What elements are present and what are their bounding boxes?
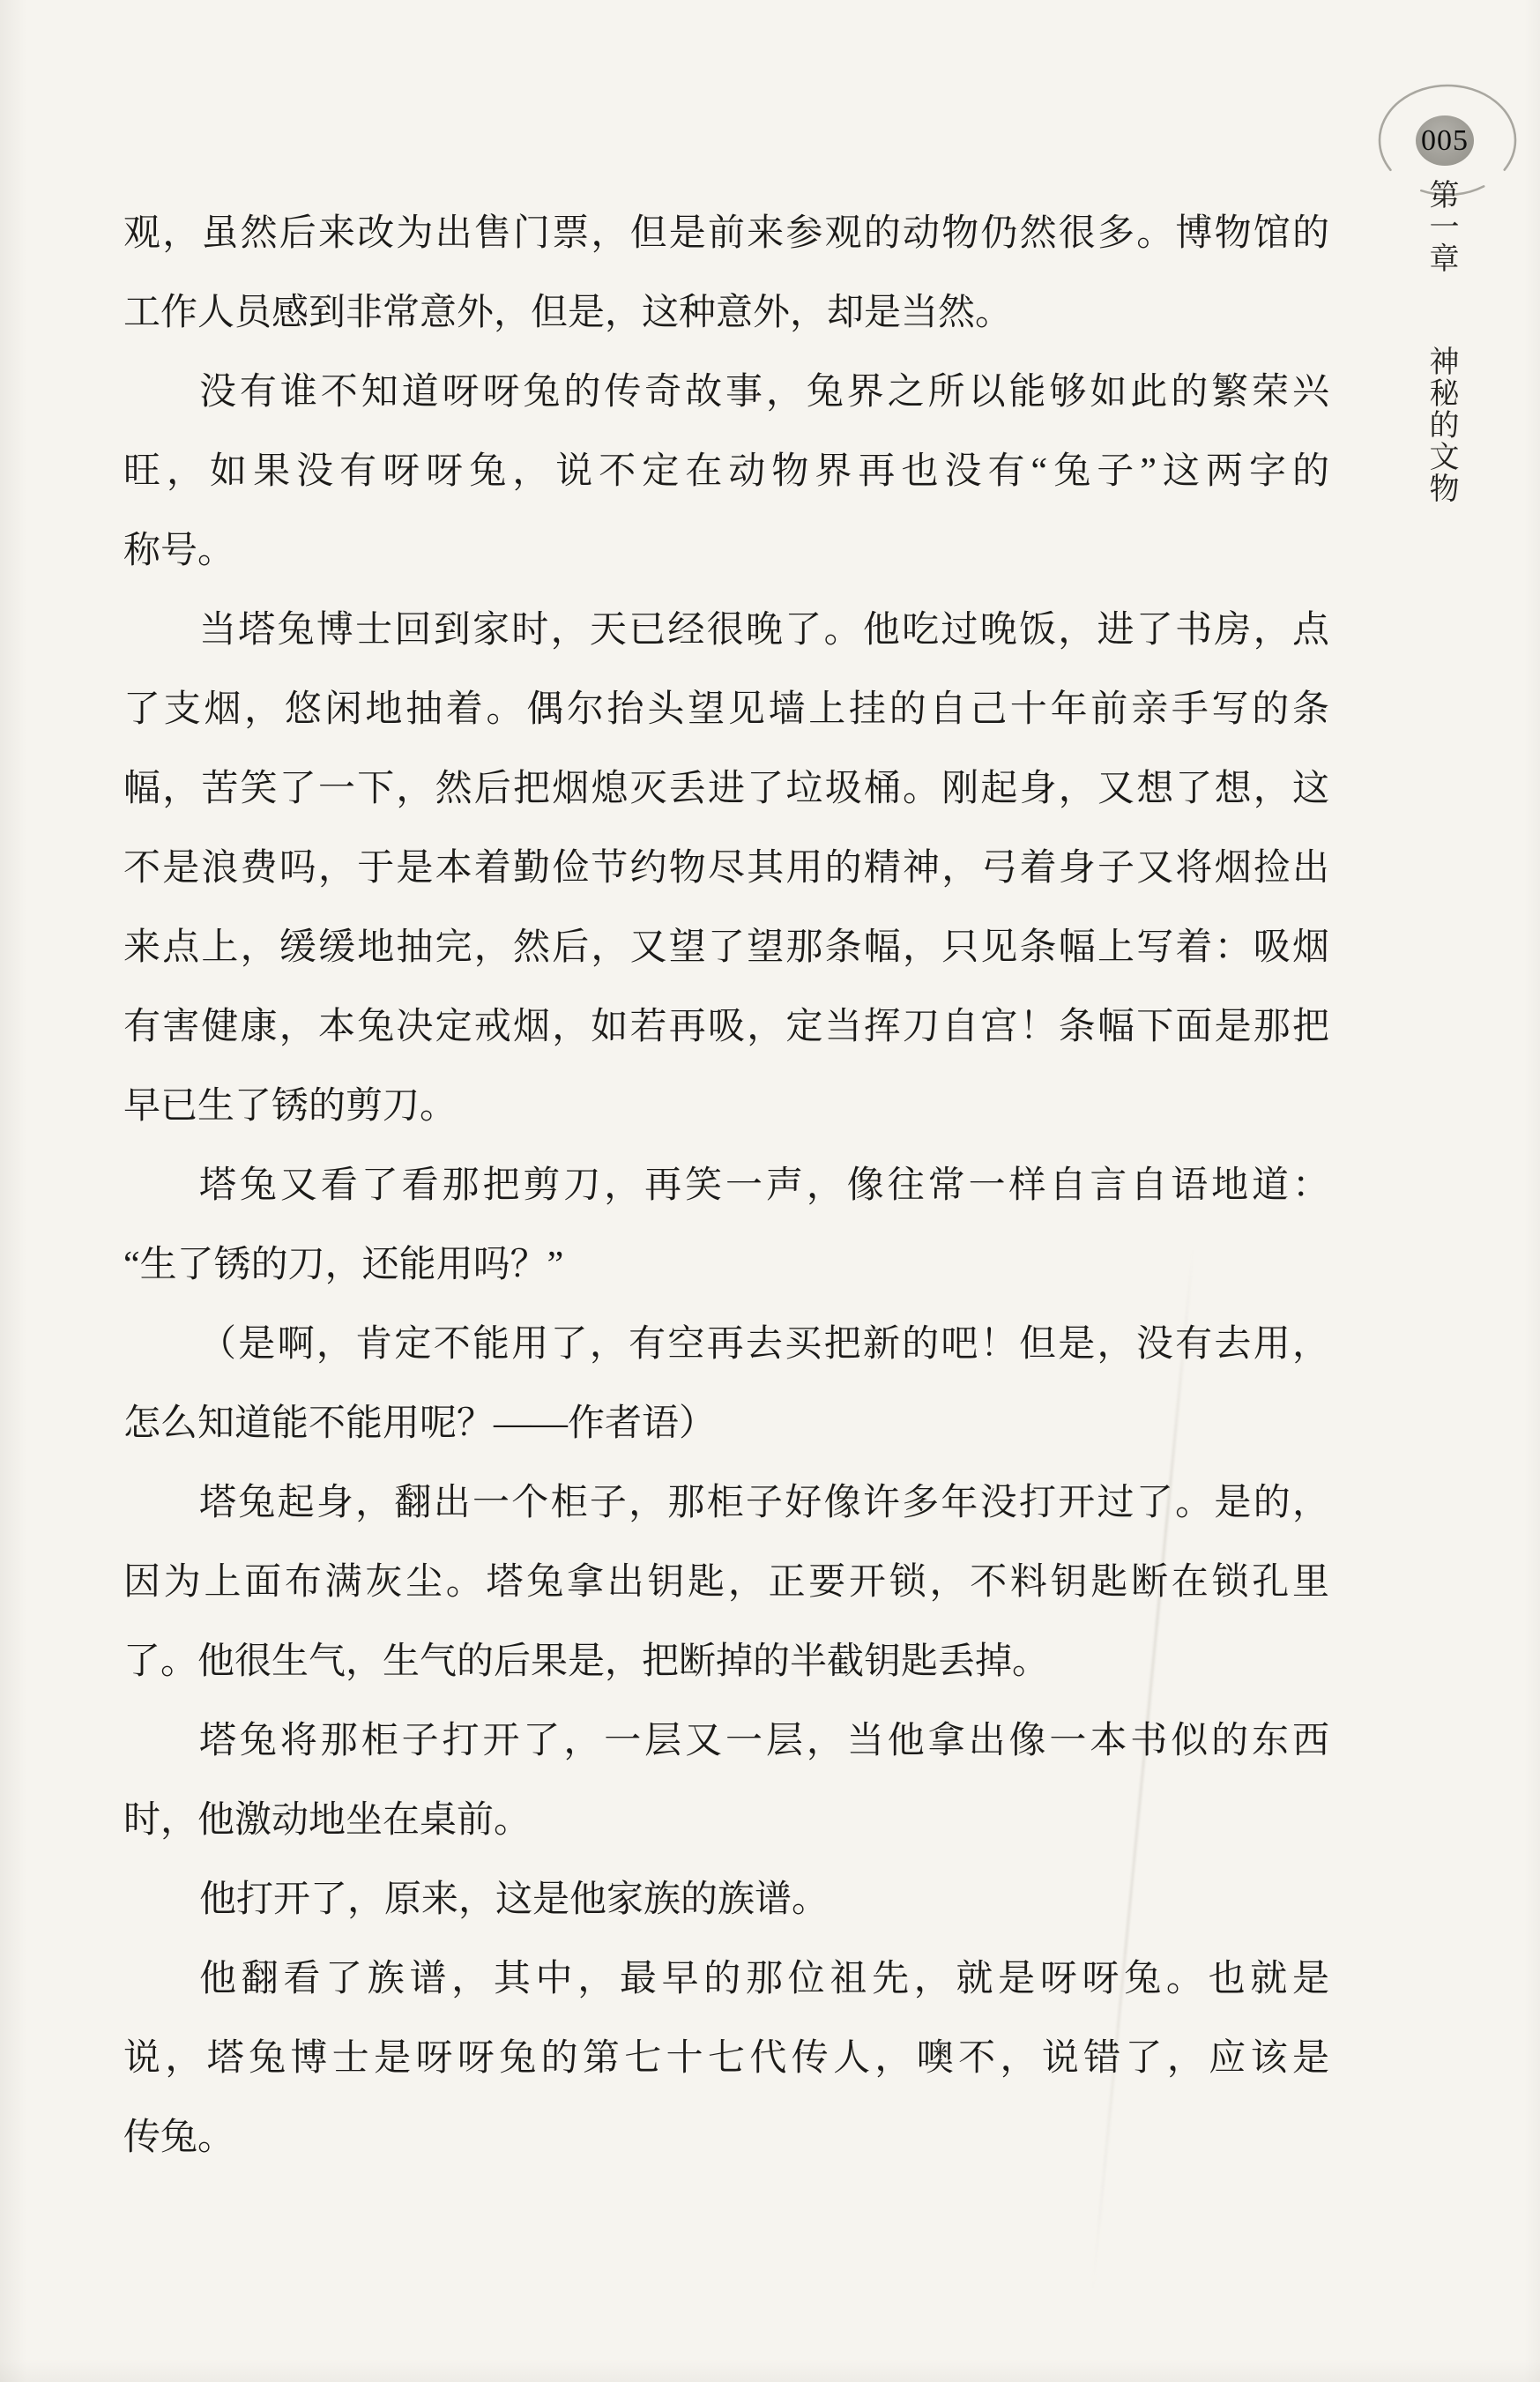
text-line: 早已生了锈的剪刀。 xyxy=(123,1067,1329,1146)
chapter-title: 神秘的文物 xyxy=(1425,346,1457,504)
text-line: 怎么知道能不能用呢？——作者语） xyxy=(123,1384,1329,1463)
chapter-sidebar: 第一章 神秘的文物 xyxy=(1419,179,1462,532)
text-line: 塔兔起身，翻出一个柜子，那柜子好像许多年没打开过了。是的， xyxy=(123,1463,1329,1543)
text-line: 幅，苦笑了一下，然后把烟熄灭丢进了垃圾桶。刚起身，又想了想，这 xyxy=(123,749,1329,829)
text-line: 了。他很生气，生气的后果是，把断掉的半截钥匙丢掉。 xyxy=(123,1622,1329,1701)
chapter-label: 第一章 xyxy=(1425,179,1457,274)
page-number-coin: 005 xyxy=(1416,115,1474,166)
text-line: 没有谁不知道呀呀兔的传奇故事，兔界之所以能够如此的繁荣兴 xyxy=(123,353,1329,432)
text-line: 了支烟，悠闲地抽着。偶尔抬头望见墙上挂的自己十年前亲手写的条 xyxy=(123,670,1329,749)
text-line: 塔兔将那柜子打开了，一层又一层，当他拿出像一本书似的东西 xyxy=(123,1701,1329,1781)
text-line: 观，虽然后来改为出售门票，但是前来参观的动物仍然很多。博物馆的 xyxy=(123,194,1329,273)
book-page: 005 第一章 神秘的文物 观，虽然后来改为出售门票，但是前来参观的动物仍然很多… xyxy=(0,0,1540,2382)
text-line: 说，塔兔博士是呀呀兔的第七十七代传人，噢不，说错了，应该是 xyxy=(123,2019,1329,2098)
text-line: 来点上，缓缓地抽完，然后，又望了望那条幅，只见条幅上写着：吸烟 xyxy=(123,908,1329,987)
text-line: 时，他激动地坐在桌前。 xyxy=(123,1781,1329,1860)
text-line: 因为上面布满灰尘。塔兔拿出钥匙，正要开锁，不料钥匙断在锁孔里 xyxy=(123,1543,1329,1622)
text-line: 工作人员感到非常意外，但是，这种意外，却是当然。 xyxy=(123,273,1329,353)
text-line: 旺，如果没有呀呀兔，说不定在动物界再也没有“兔子”这两字的 xyxy=(123,432,1329,511)
text-line: 有害健康，本兔决定戒烟，如若再吸，定当挥刀自宫！条幅下面是那把 xyxy=(123,987,1329,1067)
text-line: 塔兔又看了看那把剪刀，再笑一声，像往常一样自言自语地道： xyxy=(123,1146,1329,1225)
text-line: 他打开了，原来，这是他家族的族谱。 xyxy=(123,1860,1329,1939)
text-line: 当塔兔博士回到家时，天已经很晚了。他吃过晚饭，进了书房，点 xyxy=(123,591,1329,670)
text-line: “生了锈的刀，还能用吗？” xyxy=(123,1225,1329,1305)
body-text: 观，虽然后来改为出售门票，但是前来参观的动物仍然很多。博物馆的 工作人员感到非常… xyxy=(123,194,1329,2177)
text-line: （是啊，肯定不能用了，有空再去买把新的吧！但是，没有去用， xyxy=(123,1305,1329,1384)
text-line: 称号。 xyxy=(123,511,1329,591)
text-line: 传兔。 xyxy=(123,2098,1329,2177)
text-line: 他翻看了族谱，其中，最早的那位祖先，就是呀呀兔。也就是 xyxy=(123,1939,1329,2019)
text-line: 不是浪费吗，于是本着勤俭节约物尽其用的精神，弓着身子又将烟捡出 xyxy=(123,829,1329,908)
page-number: 005 xyxy=(1421,126,1469,156)
